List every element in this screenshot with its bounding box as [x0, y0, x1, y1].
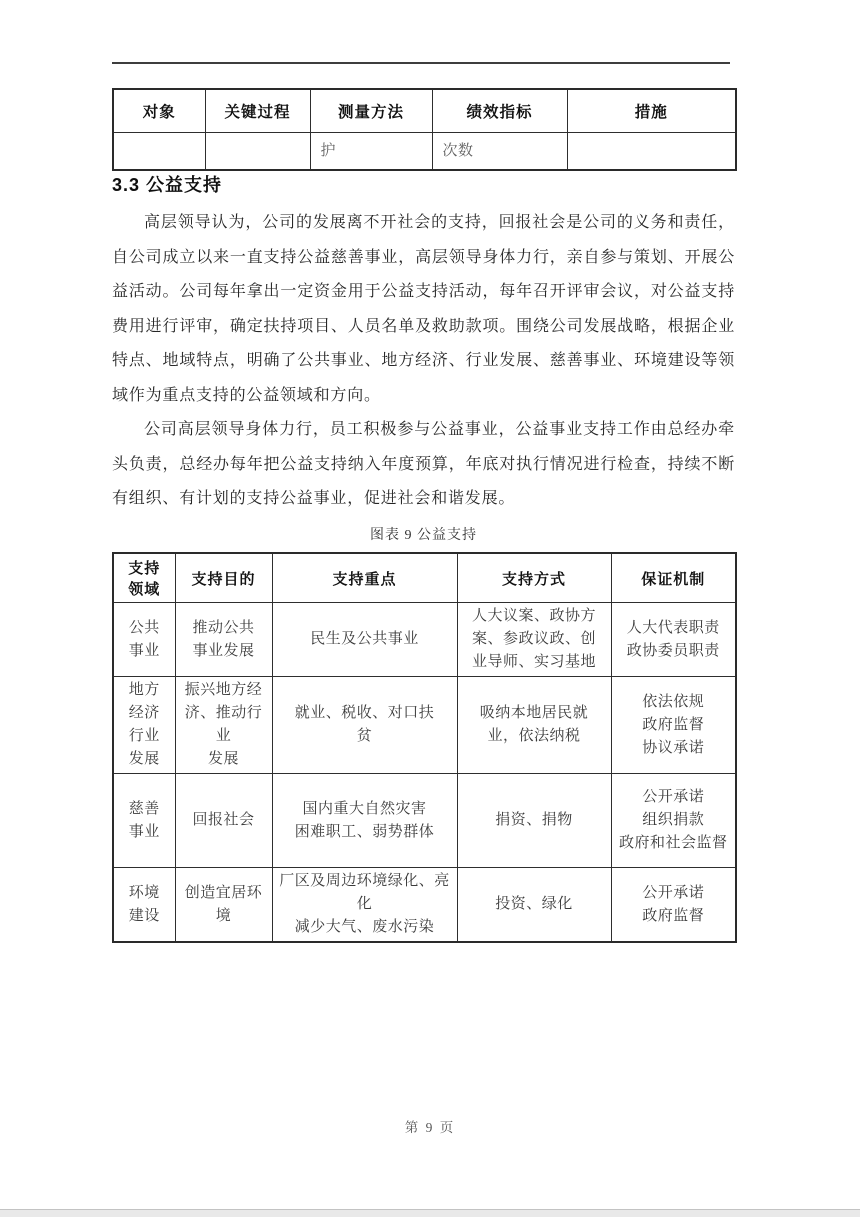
- support-table-header-row: 支持 领域 支持目的 支持重点 支持方式 保证机制: [113, 553, 736, 603]
- cell-support-purpose: 振兴地方经 济、推动行业 发展: [175, 677, 272, 774]
- page-number: 第 9 页: [0, 1116, 860, 1136]
- column-header-support-field: 支持 领域: [113, 553, 175, 603]
- table-row-public-utilities: 公共 事业 推动公共 事业发展 民生及公共事业 人大议案、政协方 案、参政议政、…: [113, 603, 736, 677]
- cell-guarantee-mechanism: 公开承诺 组织捐款 政府和社会监督: [611, 774, 736, 868]
- cell-measures: [567, 133, 736, 171]
- column-header-performance-indicator: 绩效指标: [432, 89, 567, 133]
- cell-support-focus: 厂区及周边环境绿化、亮化 减少大气、废水污染: [272, 868, 457, 943]
- cell-support-focus: 民生及公共事业: [272, 603, 457, 677]
- table-row-environment: 环境 建设 创造宜居环 境 厂区及周边环境绿化、亮化 减少大气、废水污染 投资、…: [113, 868, 736, 943]
- cell-key-process: [205, 133, 310, 171]
- paragraph: 公司高层领导身体力行，员工积极参与公益事业，公益事业支持工作由总经办牵头负责，总…: [112, 413, 735, 517]
- page-bottom-edge: [0, 1209, 860, 1217]
- cell-guarantee-mechanism: 依法依规 政府监督 协议承诺: [611, 677, 736, 774]
- cell-support-focus: 国内重大自然灾害 困难职工、弱势群体: [272, 774, 457, 868]
- public-welfare-support-table: 支持 领域 支持目的 支持重点 支持方式 保证机制 公共 事业 推动公共 事业发…: [112, 552, 737, 943]
- figure-caption: 图表 9 公益支持: [112, 524, 735, 544]
- section-heading: 3.3 公益支持: [112, 171, 222, 197]
- paragraph: 高层领导认为，公司的发展离不开社会的支持，回报社会是公司的义务和责任，自公司成立…: [112, 206, 735, 413]
- column-header-guarantee-mechanism: 保证机制: [611, 553, 736, 603]
- table-row-charity: 慈善 事业 回报社会 国内重大自然灾害 困难职工、弱势群体 捐资、捐物 公开承诺…: [113, 774, 736, 868]
- measurement-table: 对象 关键过程 测量方法 绩效指标 措施 护 次数: [112, 88, 737, 171]
- cell-support-method: 投资、绿化: [457, 868, 611, 943]
- cell-guarantee-mechanism: 公开承诺 政府监督: [611, 868, 736, 943]
- column-header-support-purpose: 支持目的: [175, 553, 272, 603]
- column-header-measure-method: 测量方法: [310, 89, 432, 133]
- column-header-support-method: 支持方式: [457, 553, 611, 603]
- cell-performance-indicator: 次数: [432, 133, 567, 171]
- cell-support-purpose: 回报社会: [175, 774, 272, 868]
- table-row-local-economy: 地方 经济 行业 发展 振兴地方经 济、推动行业 发展 就业、税收、对口扶 贫 …: [113, 677, 736, 774]
- cell-measure-method: 护: [310, 133, 432, 171]
- cell-object: [113, 133, 205, 171]
- column-header-measures: 措施: [567, 89, 736, 133]
- measurement-table-header-row: 对象 关键过程 测量方法 绩效指标 措施: [113, 89, 736, 133]
- cell-support-method: 人大议案、政协方 案、参政议政、创 业导师、实习基地: [457, 603, 611, 677]
- cell-guarantee-mechanism: 人大代表职责 政协委员职责: [611, 603, 736, 677]
- column-header-key-process: 关键过程: [205, 89, 310, 133]
- cell-support-purpose: 创造宜居环 境: [175, 868, 272, 943]
- page-header-rule: [112, 62, 730, 64]
- section-body: 高层领导认为，公司的发展离不开社会的支持，回报社会是公司的义务和责任，自公司成立…: [112, 206, 735, 517]
- cell-support-method: 捐资、捐物: [457, 774, 611, 868]
- column-header-object: 对象: [113, 89, 205, 133]
- cell-support-field: 环境 建设: [113, 868, 175, 943]
- cell-support-focus: 就业、税收、对口扶 贫: [272, 677, 457, 774]
- cell-support-method: 吸纳本地居民就 业，依法纳税: [457, 677, 611, 774]
- cell-support-purpose: 推动公共 事业发展: [175, 603, 272, 677]
- measurement-table-row: 护 次数: [113, 133, 736, 171]
- column-header-support-focus: 支持重点: [272, 553, 457, 603]
- cell-support-field: 公共 事业: [113, 603, 175, 677]
- cell-support-field: 地方 经济 行业 发展: [113, 677, 175, 774]
- cell-support-field: 慈善 事业: [113, 774, 175, 868]
